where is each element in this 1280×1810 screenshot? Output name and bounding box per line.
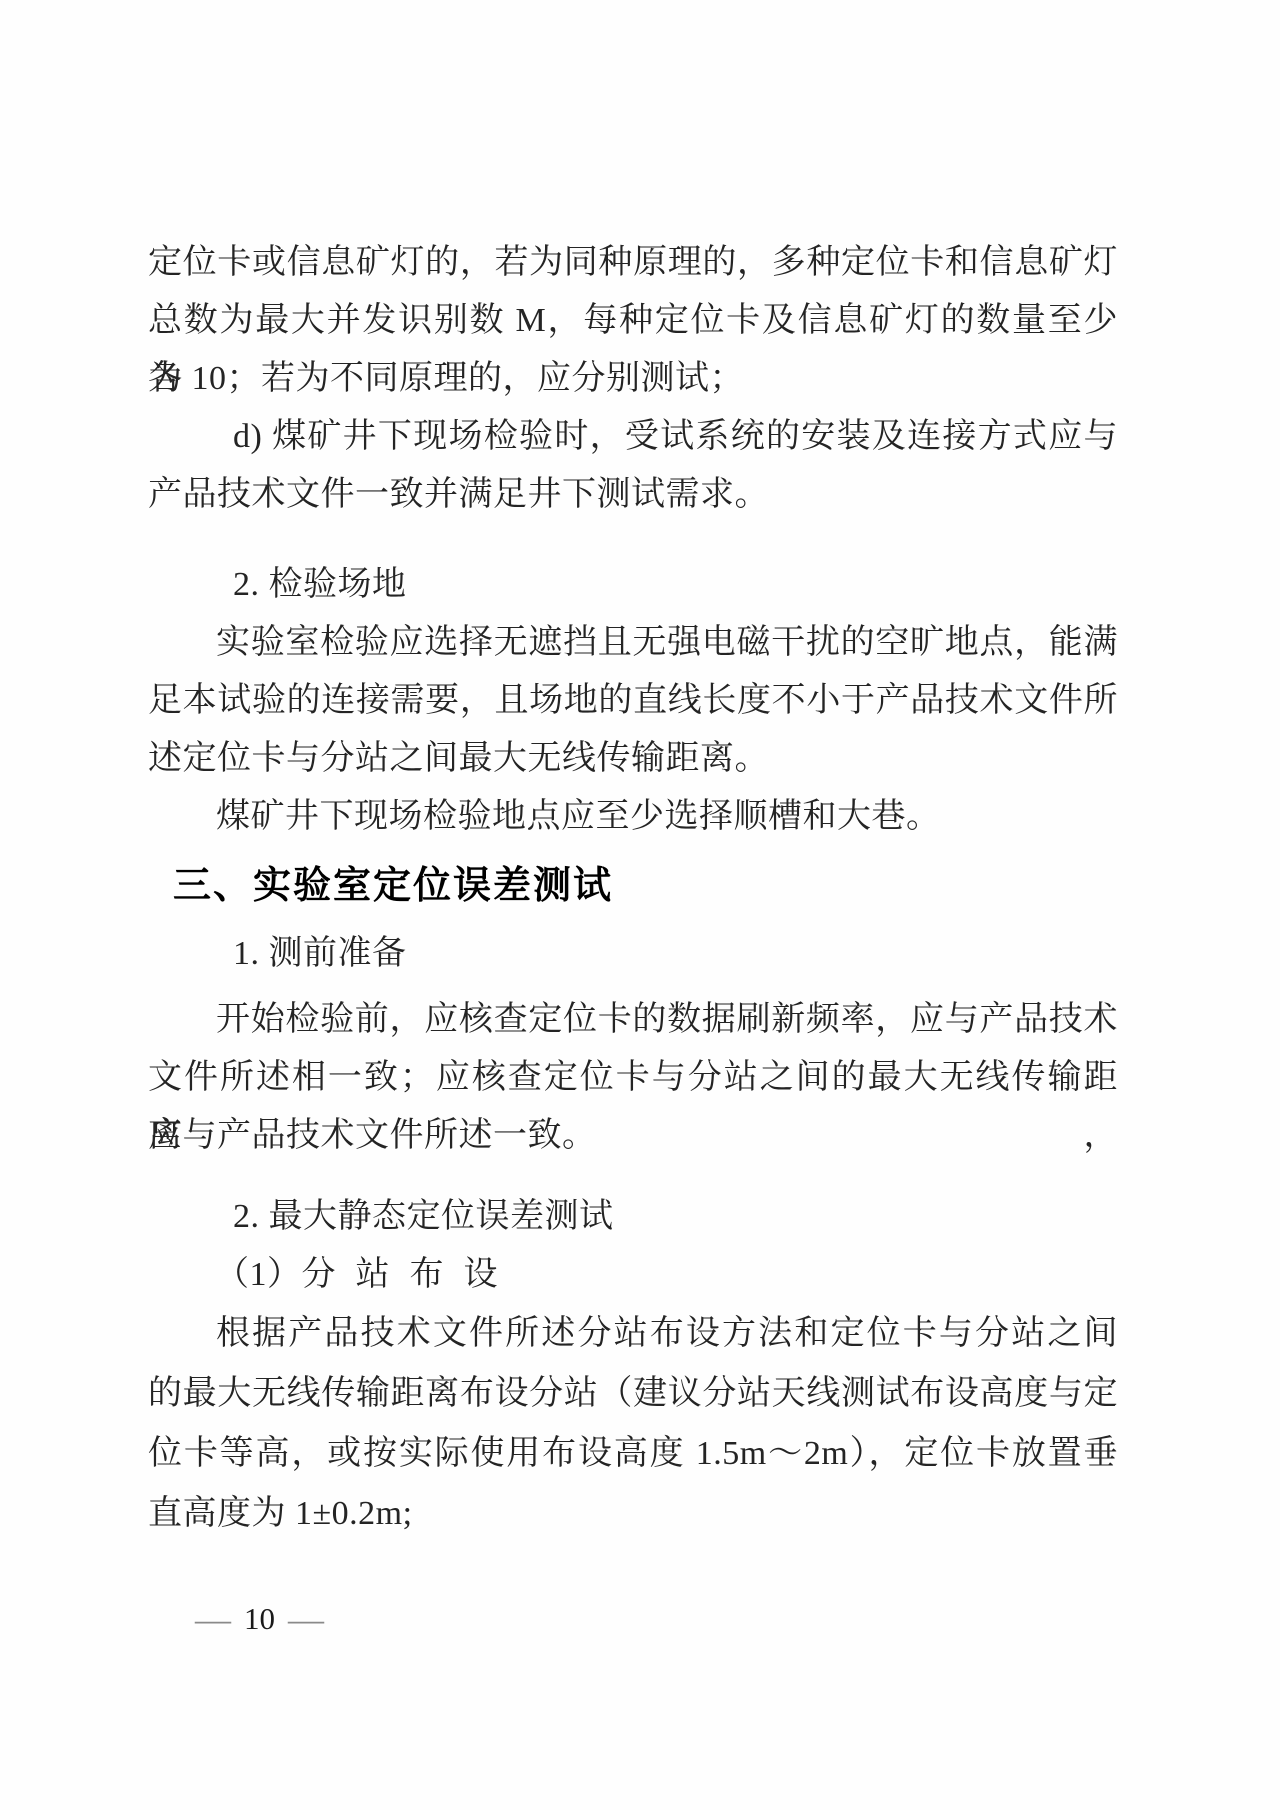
paragraph-lab-site: 实验室检验应选择无遮挡且无强电磁干扰的空旷地点，能满 足本试验的连接需要，且场地…	[148, 614, 1118, 788]
text-line: 总数为最大并发识别数 M，每种定位卡及信息矿灯的数量至少各	[148, 292, 1118, 350]
footer-left-dash: —	[195, 1597, 231, 1641]
text-line: 实验室检验应选择无遮挡且无强电磁干扰的空旷地点，能满	[148, 614, 1118, 672]
paragraph-underground-site: 煤矿井下现场检验地点应至少选择顺槽和大巷。	[148, 788, 1118, 846]
text-line: 的最大无线传输距离布设分站（建议分站天线测试布设高度与定	[148, 1364, 1118, 1424]
text-line: 根据产品技术文件所述分站布设方法和定位卡与分站之间	[148, 1304, 1118, 1364]
text-line: 开始检验前，应核查定位卡的数据刷新频率，应与产品技术	[148, 991, 1118, 1049]
numbered-heading: 2. 检验场地	[148, 556, 1118, 614]
text-line: 述定位卡与分站之间最大无线传输距离。	[148, 730, 1118, 788]
numbered-heading: 1. 测前准备	[148, 925, 1118, 983]
paragraph-station-setup: 根据产品技术文件所述分站布设方法和定位卡与分站之间 的最大无线传输距离布设分站（…	[148, 1304, 1118, 1544]
heading-max-static-error: 2. 最大静态定位误差测试	[148, 1188, 1118, 1246]
text-line: 位卡等高，或按实际使用布设高度 1.5m～2m），定位卡放置垂	[148, 1424, 1118, 1484]
text-line: 文件所述相一致；应核查定位卡与分站之间的最大无线传输距离，	[148, 1049, 1118, 1107]
section-heading-text: 三、实验室定位误差测试	[148, 855, 1118, 917]
sub-heading: （1）分站布设	[148, 1246, 1118, 1304]
page-body: 定位卡或信息矿灯的，若为同种原理的，多种定位卡和信息矿灯 总数为最大并发识别数 …	[148, 234, 1118, 1544]
page-footer: — 10 —	[195, 1597, 324, 1641]
heading-pre-test: 1. 测前准备	[148, 925, 1118, 983]
text-line: 产品技术文件一致并满足井下测试需求。	[148, 466, 1118, 524]
sub-heading-prefix: （1）	[215, 1256, 302, 1293]
document-page: 定位卡或信息矿灯的，若为同种原理的，多种定位卡和信息矿灯 总数为最大并发识别数 …	[0, 0, 1280, 1810]
footer-right-dash: —	[288, 1597, 324, 1641]
text-line: 直高度为 1±0.2m;	[148, 1484, 1118, 1544]
section-heading-three: 三、实验室定位误差测试	[148, 855, 1118, 917]
text-line: 煤矿井下现场检验地点应至少选择顺槽和大巷。	[148, 788, 1118, 846]
text-line: 为 10；若为不同原理的，应分别测试；	[148, 350, 1118, 408]
numbered-heading: 2. 最大静态定位误差测试	[148, 1188, 1118, 1246]
text-line: 足本试验的连接需要，且场地的直线长度不小于产品技术文件所	[148, 672, 1118, 730]
text-line: 定位卡或信息矿灯的，若为同种原理的，多种定位卡和信息矿灯	[148, 234, 1118, 292]
list-item-d: d) 煤矿井下现场检验时，受试系统的安装及连接方式应与 产品技术文件一致并满足井…	[148, 408, 1118, 524]
paragraph-continuation: 定位卡或信息矿灯的，若为同种原理的，多种定位卡和信息矿灯 总数为最大并发识别数 …	[148, 234, 1118, 408]
page-number: 10	[244, 1597, 275, 1641]
subheading-station-layout: （1）分站布设	[148, 1246, 1118, 1304]
paragraph-pre-check: 开始检验前，应核查定位卡的数据刷新频率，应与产品技术 文件所述相一致；应核查定位…	[148, 991, 1118, 1165]
heading-test-site: 2. 检验场地	[148, 556, 1118, 614]
text-line: d) 煤矿井下现场检验时，受试系统的安装及连接方式应与	[148, 408, 1118, 466]
sub-heading-label: 分站布设	[302, 1256, 518, 1293]
